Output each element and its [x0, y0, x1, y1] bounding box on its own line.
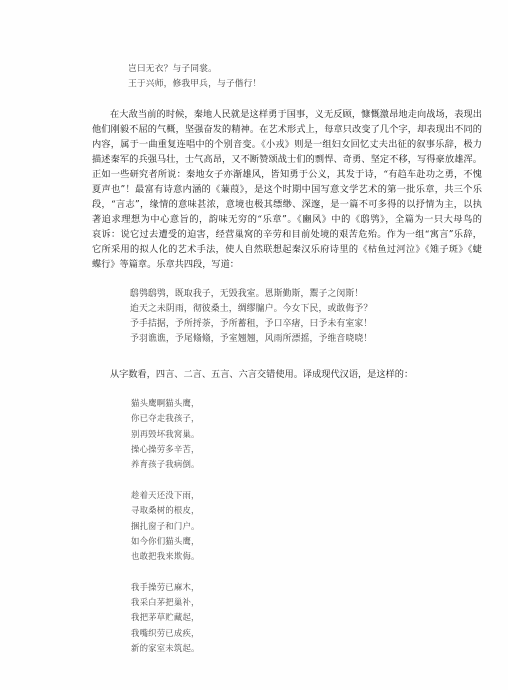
translation-line: 养育孩子我病倒。 — [131, 457, 200, 471]
scanned-book-page: 岂曰无衣？与子同裳。 王于兴师，修我甲兵，与子偕行！ 在大敌当前的时候，秦地人民… — [0, 0, 508, 690]
transition-paragraph: 从字数看，四言、二言、五言、六言交错使用。译成现代汉语，是这样的： — [110, 368, 413, 382]
paragraph-line: 内容，属于一曲重复连唱中的个别音变。《小戎》则是一组妇女回忆丈夫出征的叙事乐辞，… — [92, 138, 482, 152]
translation-line: 我把茅草贮藏起， — [131, 610, 200, 624]
poem-line: 予羽谯谯，予尾翛翛，予室翘翘，风雨所漂摇，予维音哓哓！ — [130, 332, 372, 346]
translation-line: 我嘴织劳已成疾， — [131, 626, 200, 640]
paragraph-line: 蝶行》等篇章。乐章共四段，写道： — [92, 258, 239, 272]
poem-line: 迨天之未阴雨，彻彼桑土，绸缪牖户。今女下民，或敢侮予？ — [130, 302, 372, 316]
translation-line: 别再毁坏我窝巢。 — [131, 427, 200, 441]
paragraph-line: 他们刚毅不屈的气概，坚强奋发的精神。在艺术形式上，每章只改变了几个字，却表现出不… — [92, 123, 482, 137]
epigraph-line: 岂曰无衣？与子同裳。 — [128, 62, 217, 76]
paragraph-line: 段，“言志”，缘情的意味甚浓，意境也极其缥缈、深邃，是一篇不可多得的以抒情为主，… — [92, 198, 482, 212]
translation-line: 你已夺走我孩子， — [131, 411, 200, 425]
paragraph-line: 它所采用的拟人化的艺术手法，使人自然联想起秦汉乐府诗里的《枯鱼过河泣》《雉子斑》… — [92, 243, 482, 257]
epigraph-line: 王于兴师，修我甲兵，与子偕行！ — [128, 77, 261, 91]
translation-line: 趁着天还没下雨， — [131, 488, 200, 502]
translation-line: 如今你们猫头鹰， — [131, 534, 200, 548]
translation-line: 猫头鹰啊猫头鹰， — [131, 396, 200, 410]
paragraph-line: 描述秦军的兵强马壮，士气高昂，又不断赞颂战士们的剽悍、奇勇、坚定不移，写得豪放雄… — [92, 153, 482, 167]
translation-line: 我手操劳已麻木， — [131, 580, 200, 594]
poem-line: 予手拮据，予所捋荼，予所蓄租，予口卒瘏，曰予未有室家！ — [130, 317, 372, 331]
translation-line: 新的家室未筑起。 — [131, 641, 200, 655]
paragraph-line: 夏声也”！最富有诗意内涵的《蒹葭》，是这个时期中国写意文学艺术的第一批乐章，共三… — [92, 183, 482, 197]
translation-line: 我采白茅把巢补， — [131, 595, 200, 609]
translation-line: 捆扎窗子和门户。 — [131, 519, 200, 533]
poem-line: 鸱鸮鸱鸮，既取我子，无毁我室。恩斯勤斯，鬻子之闵斯！ — [130, 287, 363, 301]
paragraph-line: 著追求理想为中心意旨的，韵味无穷的“乐章”。《豳风》中的《鸱鸮》，全篇为一只大母… — [92, 213, 482, 227]
translation-line: 操心操劳多辛苦， — [131, 442, 200, 456]
paragraph-line: 正如一些研究者所说：秦地女子亦渐雄风，皆知勇于公义，其发于诗，“有趋车赴功之勇，… — [92, 168, 482, 182]
translation-line: 也敢把我来欺侮。 — [131, 549, 200, 563]
translation-line: 寻取桑树的根皮， — [131, 503, 200, 517]
paragraph-line: 哀诉：说它过去遭受的迫害，经营巢窝的辛劳和目前处境的艰苦危殆。作为一组“寓言”乐… — [92, 228, 482, 242]
paragraph-line: 在大敌当前的时候，秦地人民就是这样勇于国事，义无反顾，慷慨激昂地走向战场，表现出 — [110, 108, 482, 122]
